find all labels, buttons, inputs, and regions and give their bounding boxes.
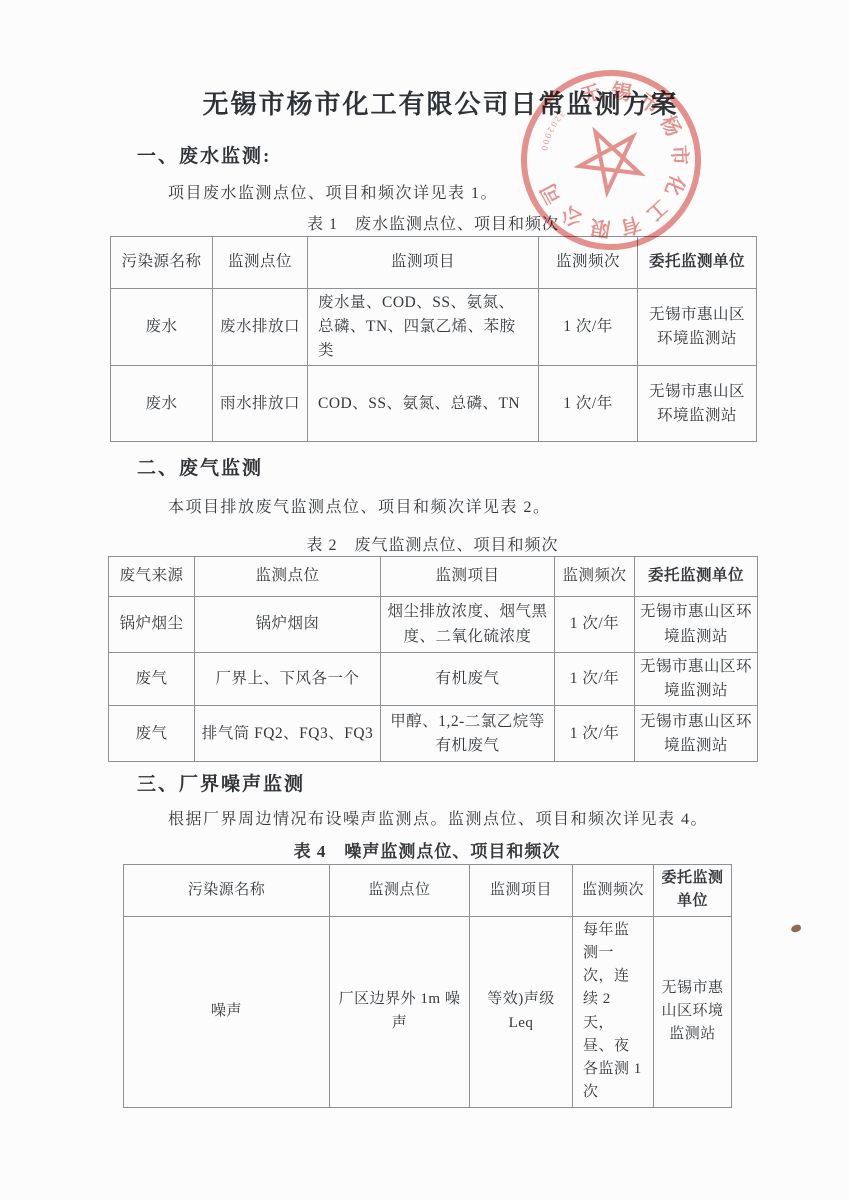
table-header-cell: 监测点位 <box>213 237 308 289</box>
table-cell: 1 次/年 <box>555 706 635 762</box>
table-cell: 烟尘排放浓度、烟气黑度、二氧化硫浓度 <box>381 597 555 653</box>
table-header-cell: 监测点位 <box>195 557 381 597</box>
table-cell: 无锡市惠山区环境监测站 <box>654 916 732 1107</box>
table-cell: 1 次/年 <box>539 366 638 442</box>
table-cell: 废水 <box>111 366 213 442</box>
table-cell: 锅炉烟囱 <box>195 597 381 653</box>
table4-caption: 表 4 噪声监测点位、项目和频次 <box>123 837 731 862</box>
table-cell: 废水 <box>111 289 213 366</box>
table-cell: 每年监测一次，连续 2 天，昼、夜各监测 1 次 <box>573 916 654 1107</box>
table-cell: 排气筒 FQ2、FQ3、FQ3 <box>195 706 381 762</box>
section-heading-wastewater: 一、废水监测: <box>137 141 271 168</box>
table-row: 废水 废水排放口 废水量、COD、SS、氨氮、总磷、TN、四氯乙烯、苯胺类 1 … <box>111 289 757 366</box>
table-cell: 废气 <box>109 706 195 762</box>
table-header-cell: 监测频次 <box>573 865 654 917</box>
section-paragraph-waste-gas: 本项目排放废气监测点位、项目和频次详见表 2。 <box>168 494 551 517</box>
table-cell: 噪声 <box>124 916 330 1107</box>
document-page: 无锡市杨市化工有限公司日常监测方案 一、废水监测: 项目废水监测点位、项目和频次… <box>0 0 849 1200</box>
noise-monitoring-table: 污染源名称 监测点位 监测项目 监测频次 委托监测单位 噪声 厂区边界外 1m … <box>123 864 732 1108</box>
table-row: 废水 雨水排放口 COD、SS、氨氮、总磷、TN 1 次/年 无锡市惠山区环境监… <box>111 366 757 442</box>
table2-caption: 表 2 废气监测点位、项目和频次 <box>108 532 757 555</box>
table-cell: 废水量、COD、SS、氨氮、总磷、TN、四氯乙烯、苯胺类 <box>308 289 539 366</box>
table-cell: 有机废气 <box>381 653 555 706</box>
section-paragraph-noise: 根据厂界周边情况布设噪声监测点。监测点位、项目和频次详见表 4。 <box>168 806 708 829</box>
table-header-cell: 废气来源 <box>109 557 195 597</box>
table-header-cell: 监测项目 <box>381 557 555 597</box>
table-header-row: 污染源名称 监测点位 监测项目 监测频次 委托监测单位 <box>124 865 732 917</box>
table-cell: 厂界上、下风各一个 <box>195 653 381 706</box>
table-header-cell: 污染源名称 <box>111 237 213 289</box>
table-cell: 雨水排放口 <box>213 366 308 442</box>
table-cell: 无锡市惠山区环境监测站 <box>635 706 758 762</box>
table-cell: 甲醇、1,2-二氯乙烷等有机废气 <box>381 706 555 762</box>
table-header-cell: 监测点位 <box>330 865 470 917</box>
table-header-cell: 监测项目 <box>470 865 573 917</box>
waste-gas-monitoring-table: 废气来源 监测点位 监测项目 监测频次 委托监测单位 锅炉烟尘 锅炉烟囱 烟尘排… <box>108 556 758 762</box>
section-heading-noise: 三、厂界噪声监测 <box>137 769 305 796</box>
table-row: 废气 厂界上、下风各一个 有机废气 1 次/年 无锡市惠山区环境监测站 <box>109 653 758 706</box>
table-row: 废气 排气筒 FQ2、FQ3、FQ3 甲醇、1,2-二氯乙烷等有机废气 1 次/… <box>109 706 758 762</box>
section-heading-waste-gas: 二、废气监测 <box>137 453 263 480</box>
scan-speck-artifact <box>790 924 801 933</box>
table-header-cell: 污染源名称 <box>124 865 330 917</box>
table-header-cell: 监测频次 <box>555 557 635 597</box>
table-header-cell: 委托监测单位 <box>654 865 732 917</box>
table-cell: 锅炉烟尘 <box>109 597 195 653</box>
table-header-cell: 委托监测单位 <box>635 557 758 597</box>
table-cell: 厂区边界外 1m 噪声 <box>330 916 470 1107</box>
table-cell: 无锡市惠山区环境监测站 <box>635 597 758 653</box>
table-cell: 1 次/年 <box>539 289 638 366</box>
company-seal-stamp: 无锡市杨市化工有限公司 320200000 <box>501 50 721 270</box>
seal-star-icon <box>575 122 653 202</box>
table-cell: COD、SS、氨氮、总磷、TN <box>308 366 539 442</box>
table-cell: 等效)声级 Leq <box>470 916 573 1107</box>
table-header-row: 废气来源 监测点位 监测项目 监测频次 委托监测单位 <box>109 557 758 597</box>
table-cell: 无锡市惠山区环境监测站 <box>635 653 758 706</box>
page-title: 无锡市杨市化工有限公司日常监测方案 <box>0 84 849 121</box>
table-row: 锅炉烟尘 锅炉烟囱 烟尘排放浓度、烟气黑度、二氧化硫浓度 1 次/年 无锡市惠山… <box>109 597 758 653</box>
table-cell: 废气 <box>109 653 195 706</box>
table-cell: 无锡市惠山区环境监测站 <box>638 289 757 366</box>
table-row: 噪声 厂区边界外 1m 噪声 等效)声级 Leq 每年监测一次，连续 2 天，昼… <box>124 916 732 1107</box>
table-cell: 废水排放口 <box>213 289 308 366</box>
section-paragraph-wastewater: 项目废水监测点位、项目和频次详见表 1。 <box>168 180 498 203</box>
table-cell: 1 次/年 <box>555 597 635 653</box>
table-cell: 无锡市惠山区环境监测站 <box>638 366 757 442</box>
table-cell: 1 次/年 <box>555 653 635 706</box>
